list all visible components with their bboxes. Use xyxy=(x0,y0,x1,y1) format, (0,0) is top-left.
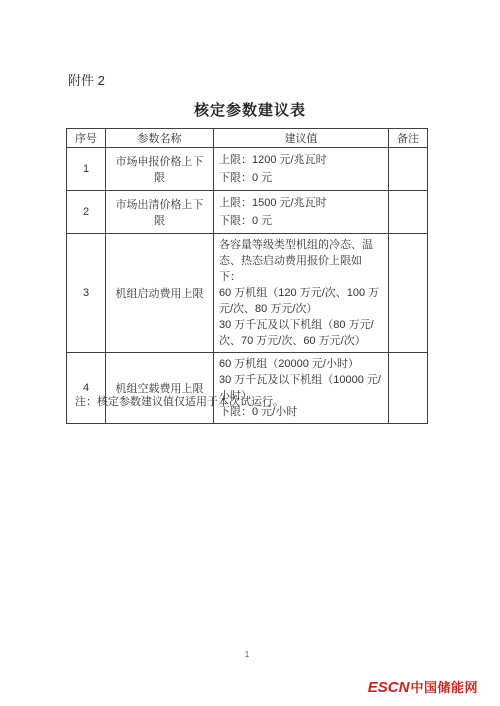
value-line: 60 万机组（120 万元/次、100 万元/次、80 万元/次） xyxy=(219,285,383,317)
row-no: 2 xyxy=(67,191,106,234)
table-header-row: 序号 参数名称 建议值 备注 xyxy=(67,129,428,148)
escn-logo: ESCN中国储能网 xyxy=(368,677,478,697)
param-name: 市场申报价格上下限 xyxy=(106,148,214,191)
attachment-label: 附件 2 xyxy=(68,70,105,89)
param-value: 上限：1500 元/兆瓦时 下限：0 元 xyxy=(214,191,389,234)
page-title: 核定参数建议表 xyxy=(0,99,500,120)
param-name: 机组启动费用上限 xyxy=(106,234,214,353)
remark-cell xyxy=(389,234,428,353)
col-header-name: 参数名称 xyxy=(106,129,214,148)
param-value: 各容量等级类型机组的冷态、温态、热态启动费用报价上限如下： 60 万机组（120… xyxy=(214,234,389,353)
value-line: 上限：1500 元/兆瓦时 xyxy=(219,194,383,212)
param-value: 上限：1200 元/兆瓦时 下限：0 元 xyxy=(214,148,389,191)
document-page: 附件 2 核定参数建议表 序号 参数名称 建议值 备注 1 市场申报价格上下限 … xyxy=(0,0,500,706)
logo-cjk-text: 中国储能网 xyxy=(410,680,478,695)
value-line: 30 万千瓦及以下机组（80 万元/次、70 万元/次、60 万元/次） xyxy=(219,317,383,349)
col-header-value: 建议值 xyxy=(214,129,389,148)
value-line: 下限：0 元 xyxy=(219,169,383,187)
logo-latin-text: ESCN xyxy=(368,679,410,696)
col-header-no: 序号 xyxy=(67,129,106,148)
table-row: 2 市场出清价格上下限 上限：1500 元/兆瓦时 下限：0 元 xyxy=(67,191,428,234)
remark-cell xyxy=(389,148,428,191)
table-row: 1 市场申报价格上下限 上限：1200 元/兆瓦时 下限：0 元 xyxy=(67,148,428,191)
row-no: 4 xyxy=(67,353,106,424)
value-line: 下限：0 元 xyxy=(219,212,383,230)
table-row: 3 机组启动费用上限 各容量等级类型机组的冷态、温态、热态启动费用报价上限如下：… xyxy=(67,234,428,353)
parameter-table: 序号 参数名称 建议值 备注 1 市场申报价格上下限 上限：1200 元/兆瓦时… xyxy=(66,128,428,424)
value-line: 各容量等级类型机组的冷态、温态、热态启动费用报价上限如下： xyxy=(219,237,383,285)
value-line: 60 万机组（20000 元/小时） xyxy=(219,356,383,372)
row-no: 1 xyxy=(67,148,106,191)
param-name: 市场出清价格上下限 xyxy=(106,191,214,234)
remark-cell xyxy=(389,353,428,424)
value-line: 上限：1200 元/兆瓦时 xyxy=(219,151,383,169)
col-header-remark: 备注 xyxy=(389,129,428,148)
param-name: 机组空载费用上限 xyxy=(106,353,214,424)
row-no: 3 xyxy=(67,234,106,353)
param-value: 60 万机组（20000 元/小时） 30 万千瓦及以下机组（10000 元/小… xyxy=(214,353,389,424)
remark-cell xyxy=(389,191,428,234)
footnote: 注：核定参数建议值仅适用于本次试运行。 xyxy=(75,393,284,409)
page-number: 1 xyxy=(0,650,494,659)
table-row: 4 机组空载费用上限 60 万机组（20000 元/小时） 30 万千瓦及以下机… xyxy=(67,353,428,424)
